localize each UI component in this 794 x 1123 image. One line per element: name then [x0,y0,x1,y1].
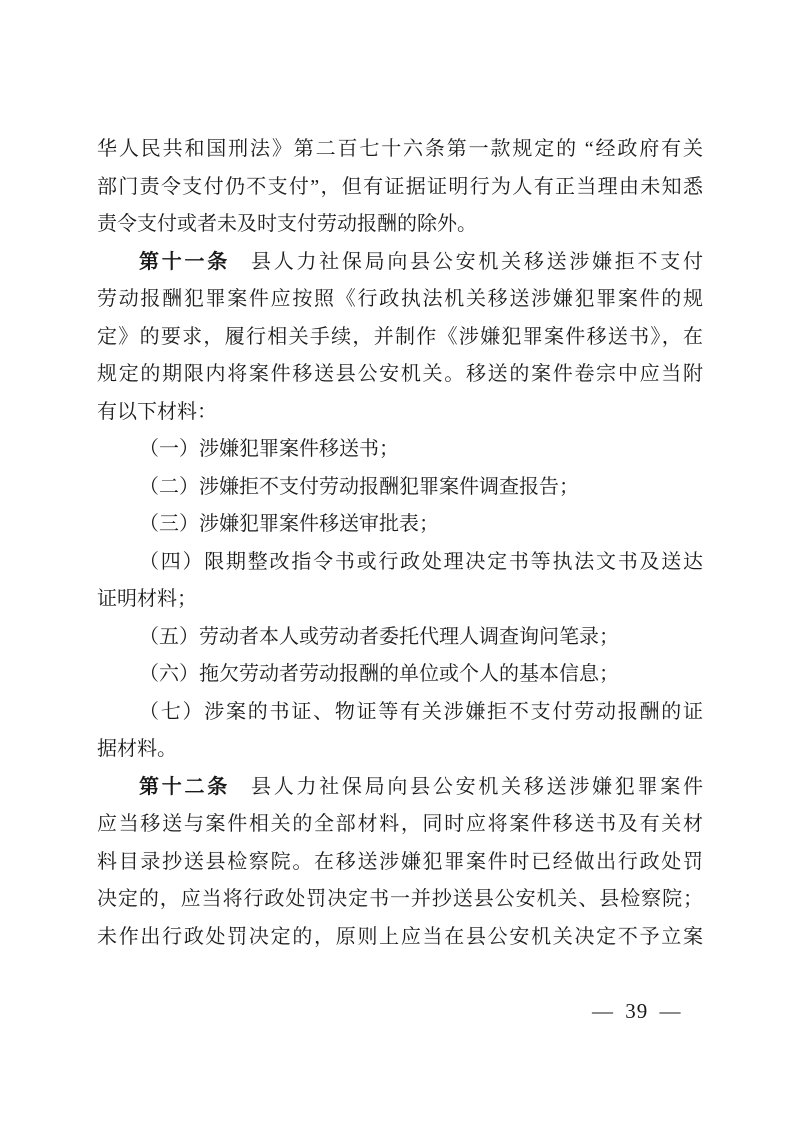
text-line: 定》的要求，履行相关手续，并制作《涉嫌犯罪案件移送书》，在 [97,319,703,357]
text-line: 规定的期限内将案件移送县公安机关。移送的案件卷宗中应当附 [97,356,703,394]
text-line: （二）涉嫌拒不支付劳动报酬犯罪案件调查报告； [97,469,703,507]
paragraph-list-item-5: （五）劳动者本人或劳动者委托代理人调查询问笔录； [97,619,703,657]
document-body: 华人民共和国刑法》第二百七十六条第一款规定的 “经政府有关部门责令支付仍不支付”… [97,131,703,956]
article-number-heading: 第十二条 [139,776,230,798]
paragraph-list-item-3: （三）涉嫌犯罪案件移送审批表； [97,506,703,544]
paragraph-list-item-1: （一）涉嫌犯罪案件移送书； [97,431,703,469]
text-line: 华人民共和国刑法》第二百七十六条第一款规定的 “经政府有关 [97,131,703,169]
paragraph-article-11: 第十一条县人力社保局向县公安机关移送涉嫌拒不支付劳动报酬犯罪案件应按照《行政执法… [97,244,703,432]
text-line: 料目录抄送县检察院。在移送涉嫌犯罪案件时已经做出行政处罚 [97,844,703,882]
text-line: （一）涉嫌犯罪案件移送书； [97,431,703,469]
article-number-heading: 第十一条 [139,251,230,273]
text-line: 据材料。 [97,731,703,769]
text-line: 第十二条县人力社保局向县公安机关移送涉嫌犯罪案件 [97,769,703,807]
text-line: 应当移送与案件相关的全部材料，同时应将案件移送书及有关材 [97,806,703,844]
text-line: 未作出行政处罚决定的，原则上应当在县公安机关决定不予立案 [97,919,703,957]
paragraph-list-item-7: （七）涉案的书证、物证等有关涉嫌拒不支付劳动报酬的证据材料。 [97,694,703,769]
text-line: 第十一条县人力社保局向县公安机关移送涉嫌拒不支付 [97,244,703,282]
text-line: 劳动报酬犯罪案件应按照《行政执法机关移送涉嫌犯罪案件的规 [97,281,703,319]
paragraph-list-item-4: （四）限期整改指令书或行政处理决定书等执法文书及送达证明材料； [97,544,703,619]
paragraph-list-item-6: （六）拖欠劳动者劳动报酬的单位或个人的基本信息； [97,656,703,694]
text-line: 部门责令支付仍不支付”，但有证据证明行为人有正当理由未知悉 [97,169,703,207]
text-line: 责令支付或者未及时支付劳动报酬的除外。 [97,206,703,244]
page-number: — 39 — [592,998,682,1024]
paragraph-intro-continuation: 华人民共和国刑法》第二百七十六条第一款规定的 “经政府有关部门责令支付仍不支付”… [97,131,703,244]
text-line: （三）涉嫌犯罪案件移送审批表； [97,506,703,544]
document-page: 华人民共和国刑法》第二百七十六条第一款规定的 “经政府有关部门责令支付仍不支付”… [0,0,794,1123]
text-line: （七）涉案的书证、物证等有关涉嫌拒不支付劳动报酬的证 [97,694,703,732]
paragraph-list-item-2: （二）涉嫌拒不支付劳动报酬犯罪案件调查报告； [97,469,703,507]
text-line: 证明材料； [97,581,703,619]
text-line: （四）限期整改指令书或行政处理决定书等执法文书及送达 [97,544,703,582]
paragraph-article-12: 第十二条县人力社保局向县公安机关移送涉嫌犯罪案件应当移送与案件相关的全部材料，同… [97,769,703,957]
text-line: （六）拖欠劳动者劳动报酬的单位或个人的基本信息； [97,656,703,694]
text-line: （五）劳动者本人或劳动者委托代理人调查询问笔录； [97,619,703,657]
text-line: 决定的，应当将行政处罚决定书一并抄送县公安机关、县检察院； [97,881,703,919]
text-line: 有以下材料： [97,394,703,432]
